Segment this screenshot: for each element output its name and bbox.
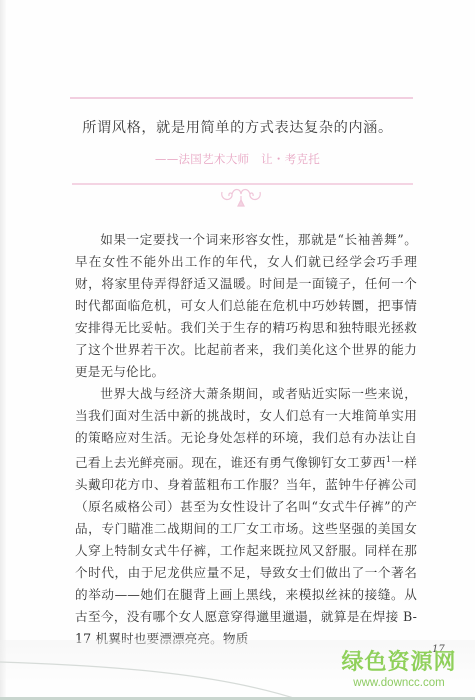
watermark-title: 绿色资源网 (339, 650, 459, 676)
paragraph-2-part-2: 一样头戴印花方巾、身着蓝粗布工作服？当年，蓝钟牛仔裤公司（原名威格公司）甚至为女… (75, 455, 417, 646)
body-text: 如果一定要找一个词来形容女性，那就是“长袖善舞”。早在女性不能外出工作的年代，女… (75, 229, 417, 650)
paragraph-2-part-1: 世界大战与经济大萧条期间，或者贴近实际一些来说，当我们面对生活中新的挑战时，女人… (75, 386, 417, 470)
epigraph-quote: 所谓风格，就是用简单的方式表达复杂的内涵。 (0, 117, 475, 137)
paragraph-2: 世界大战与经济大萧条期间，或者贴近实际一些来说，当我们面对生活中新的挑战时，女人… (75, 383, 417, 650)
epigraph-attribution: ——法国艺术大师 让・考克托 (0, 151, 475, 167)
epigraph-top-rule (70, 97, 413, 99)
book-page: 所谓风格，就是用简单的方式表达复杂的内涵。 ——法国艺术大师 让・考克托 如果一… (0, 0, 475, 700)
page-binding-edge (0, 0, 6, 700)
watermark-url: www.downcc.com (339, 676, 459, 690)
site-watermark: 绿色资源网 www.downcc.com (339, 650, 459, 690)
paragraph-1: 如果一定要找一个词来形容女性，那就是“长袖善舞”。早在女性不能外出工作的年代，女… (75, 229, 417, 383)
epigraph-bottom-rule (72, 183, 413, 185)
flourish-ornament-icon (218, 186, 264, 212)
